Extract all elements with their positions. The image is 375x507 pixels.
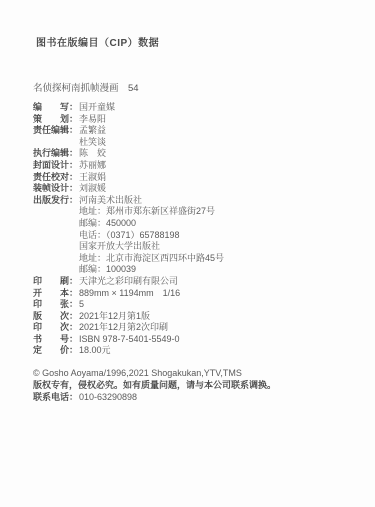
info-label: 编 写 xyxy=(33,102,69,114)
info-label: 封面设计 xyxy=(33,160,69,172)
info-value: 邮编：100039 xyxy=(79,264,136,274)
info-row: 邮编：450000 xyxy=(33,218,351,230)
info-label: 印 张 xyxy=(33,299,69,311)
info-row: 邮编：100039 xyxy=(33,264,351,276)
contact-colon: ： xyxy=(69,391,79,403)
info-colon: ： xyxy=(69,322,79,334)
info-value: 电话：（0371）65788198 xyxy=(79,230,180,240)
info-label: 责任校对 xyxy=(33,172,69,184)
info-row: 电话：（0371）65788198 xyxy=(33,230,351,242)
info-colon: ： xyxy=(69,334,79,346)
info-value: 2021年12月第1版 xyxy=(79,311,150,321)
info-row: 装帧设计：刘淑媛 xyxy=(33,183,351,195)
info-colon: ： xyxy=(69,288,79,300)
cip-header: 图书在版编目（CIP）数据 xyxy=(36,34,351,49)
info-colon: ： xyxy=(69,195,79,207)
info-colon: ： xyxy=(69,160,79,172)
info-value: 地址：郑州市郑东新区祥盛街27号 xyxy=(79,206,215,216)
info-label: 定 价 xyxy=(33,345,69,357)
info-colon: ： xyxy=(69,172,79,184)
info-colon: ： xyxy=(69,114,79,126)
info-value: 889mm × 1194mm 1/16 xyxy=(79,288,180,298)
info-value: 国开童媒 xyxy=(79,102,115,112)
info-row: 印 刷：天津光之彩印刷有限公司 xyxy=(33,276,351,288)
info-value: 5 xyxy=(79,299,84,309)
info-colon: ： xyxy=(69,345,79,357)
info-label: 书 号 xyxy=(33,334,69,346)
info-row: 执行编辑：陈 姣 xyxy=(33,148,351,160)
info-label: 执行编辑 xyxy=(33,148,69,160)
info-row: 版 次：2021年12月第1版 xyxy=(33,311,351,323)
info-label: 印 次 xyxy=(33,322,69,334)
info-colon: ： xyxy=(69,276,79,288)
info-row: 策 划：李易阳 xyxy=(33,114,351,126)
info-row: 地址：郑州市郑东新区祥盛街27号 xyxy=(33,206,351,218)
info-row: 印 次：2021年12月第2次印刷 xyxy=(33,322,351,334)
info-label: 责任编辑 xyxy=(33,125,69,137)
info-row: 责任编辑：孟繁益 xyxy=(33,125,351,137)
info-row: 定 价：18.00元 xyxy=(33,345,351,357)
contact-phone: 010-63290898 xyxy=(79,392,137,402)
info-row: 编 写：国开童媒 xyxy=(33,102,351,114)
info-colon: ： xyxy=(69,125,79,137)
info-value: 陈 姣 xyxy=(79,148,106,158)
rights-warning: 版权专有，侵权必究。如有质量问题，请与本公司联系调换。 xyxy=(33,379,351,391)
copyright-footer: © Gosho Aoyama/1996,2021 Shogakukan,YTV,… xyxy=(33,367,351,403)
info-row: 印 张：5 xyxy=(33,299,351,311)
info-row: 开 本：889mm × 1194mm 1/16 xyxy=(33,288,351,300)
info-label: 出版发行 xyxy=(33,195,69,207)
info-colon: ： xyxy=(69,102,79,114)
info-value: 天津光之彩印刷有限公司 xyxy=(79,276,178,286)
book-title: 名侦探柯南抓帧漫画 54 xyxy=(33,80,351,94)
info-label: 策 划 xyxy=(33,114,69,126)
info-value: 河南美术出版社 xyxy=(79,195,142,205)
info-value: 18.00元 xyxy=(79,345,111,355)
info-label: 装帧设计 xyxy=(33,183,69,195)
info-row: 书 号：ISBN 978-7-5401-5549-0 xyxy=(33,334,351,346)
info-value: 刘淑媛 xyxy=(79,183,106,193)
info-value: 2021年12月第2次印刷 xyxy=(79,322,168,332)
info-value: 李易阳 xyxy=(79,114,106,124)
info-value: 孟繁益 xyxy=(79,125,106,135)
contact-label: 联系电话 xyxy=(33,391,69,403)
info-row: 国家开放大学出版社 xyxy=(33,241,351,253)
contact-row: 联系电话：010-63290898 xyxy=(33,391,351,403)
publication-info-list: 编 写：国开童媒策 划：李易阳责任编辑：孟繁益杜笑谈执行编辑：陈 姣封面设计：苏… xyxy=(33,102,351,357)
info-row: 责任校对：王淑娟 xyxy=(33,172,351,184)
info-value: 杜笑谈 xyxy=(79,137,106,147)
info-row: 地址：北京市海淀区西四环中路45号 xyxy=(33,253,351,265)
info-colon: ： xyxy=(69,183,79,195)
info-colon: ： xyxy=(69,311,79,323)
info-value: 邮编：450000 xyxy=(79,218,136,228)
cip-section: 图书在版编目（CIP）数据 xyxy=(33,34,351,49)
info-label: 开 本 xyxy=(33,288,69,300)
copyright-notice: © Gosho Aoyama/1996,2021 Shogakukan,YTV,… xyxy=(33,367,351,379)
info-row: 出版发行：河南美术出版社 xyxy=(33,195,351,207)
info-label: 印 刷 xyxy=(33,276,69,288)
info-label: 版 次 xyxy=(33,311,69,323)
info-value: 王淑娟 xyxy=(79,172,106,182)
copyright-page: 图书在版编目（CIP）数据 名侦探柯南抓帧漫画 54 编 写：国开童媒策 划：李… xyxy=(0,0,375,507)
info-value: 地址：北京市海淀区西四环中路45号 xyxy=(79,253,224,263)
info-colon: ： xyxy=(69,299,79,311)
info-value: ISBN 978-7-5401-5549-0 xyxy=(79,334,180,344)
info-row: 杜笑谈 xyxy=(33,137,351,149)
info-value: 苏丽娜 xyxy=(79,160,106,170)
info-value: 国家开放大学出版社 xyxy=(79,241,160,251)
info-row: 封面设计：苏丽娜 xyxy=(33,160,351,172)
info-colon: ： xyxy=(69,148,79,160)
